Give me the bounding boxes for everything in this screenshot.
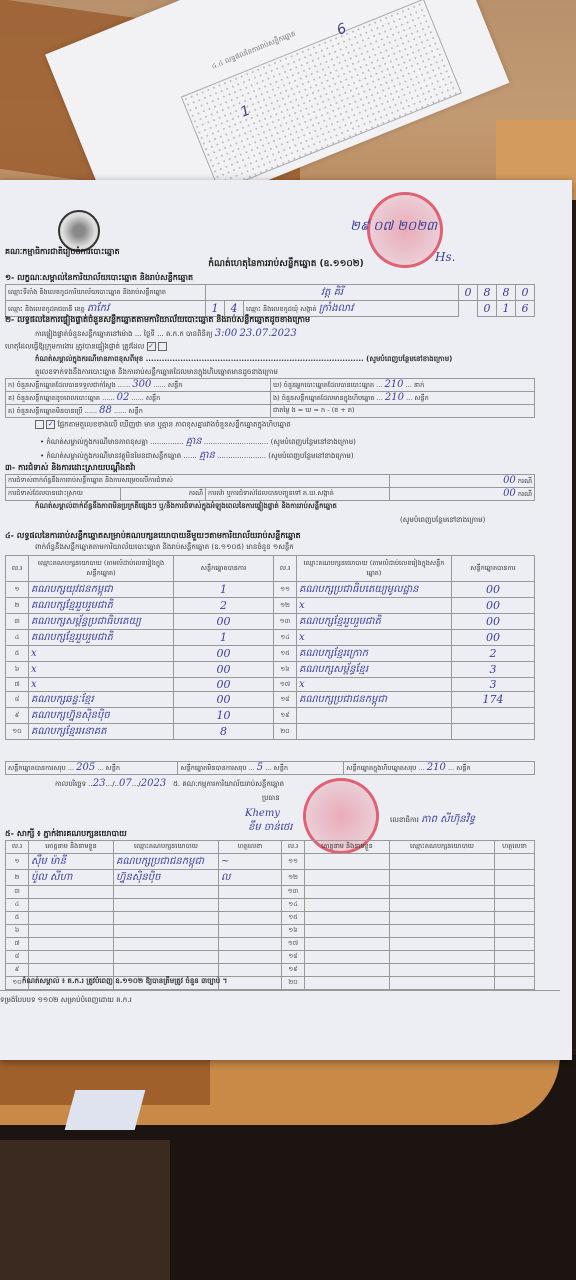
secretary-line: លេខាធិការ ភាព សីហ៊ុនវិទ្ធ [390,812,475,827]
total-invalid-label: សន្លឹកឆ្នោតមិនបានការសរុប [180,764,246,772]
table-row: ៧x00១៧x3 [6,678,535,692]
witness-party [390,977,495,990]
witness-signature: ~ [219,854,282,870]
witness-party [114,899,219,912]
party-votes: 8 [174,724,274,740]
verification-line-2: ហេតុដែលធ្វើឱ្យក្រុមការងារ ត្រូវបានផ្ទៀងផ… [5,342,167,353]
table-row: ១០គណបក្សខ្មែរអនាគត8២០ [6,724,535,740]
witness-name [305,951,390,964]
counts-table: ក) ចំនួនសន្លឹកឆ្នោតដែលបានទទួលជាក់ស្តែង .… [5,378,535,418]
total-valid: សន្លឹកឆ្នោតបានការសរុប ... 205 ... សន្លឹក [6,762,178,775]
commune-code-digit: 6 [516,301,535,317]
witness-name [305,925,390,938]
row-number: ៧ [6,678,29,692]
footer-divider [0,990,560,991]
section4-heading: ៤- លទ្ធផលនៃការរាប់សន្លឹកឆ្នោតសម្រាប់គណបក… [5,530,301,542]
col-no: ល.រ [6,556,29,582]
row-number: ១២ [274,598,297,614]
witness-name [29,938,114,951]
section3-heading: ៣- ការជំទាស់ និងការដោះស្រាយបណ្តឹងតវ៉ា [5,462,135,474]
row-number: ៦ [6,925,29,938]
witness-party [114,912,219,925]
count-unit: សន្លឹក [128,407,142,415]
witness-name [29,951,114,964]
party-votes: 00 [452,582,535,598]
witness-party [390,951,495,964]
col-party: ឈ្មោះគណបក្សនយោបាយ (តាមលំដាប់លេខរៀងក្នុងស… [297,556,452,582]
witness-name [305,977,390,990]
count-row: ង) ចំនួនសន្លឹកឆ្នោតដែលមានក្នុងហិបឆ្នោត .… [271,392,535,405]
witness-signature [495,886,535,899]
witness-name [29,912,114,925]
witness-party [390,870,495,886]
row-number: ១៥ [274,646,297,662]
bullet2-value: គ្មាន [199,450,215,461]
verification-time: 3:00 [215,328,237,339]
incorrect-checkbox[interactable] [158,342,167,351]
party-name: x [29,646,174,662]
table-row: ៤១៤ [6,899,535,912]
count-value: 210 [384,379,403,390]
chair-signature: Khemy [245,808,280,819]
party-name: គណបក្សយុវជនកម្ពុជា [29,582,174,598]
party-votes: 00 [452,598,535,614]
total-invalid-value: 5 [257,762,263,773]
total-box-value: 210 [427,762,446,773]
row-number: ១៥ [282,912,305,925]
row-number: ១៧ [282,938,305,951]
count-label: គ) ចំនួនសន្លឹកឆ្នោតមិនបានប្រើ [8,407,83,415]
row-number: ១ [6,854,29,870]
secretary-label: លេខាធិការ [390,816,419,824]
date-line: កាលបរិច្ឆេទ ..23.../..07.../2023 ៥. គណៈក… [55,778,284,790]
row-number: ២០ [274,724,297,740]
row-number: ៥ [6,646,29,662]
row-number: ១ [6,582,29,598]
row-number: ១៧ [274,678,297,692]
verification-date: 23.07.2023 [239,328,296,339]
bullet1-value: គ្មាន [186,436,202,447]
resolved-label: ការជំទាស់ដែលបានដោះស្រាយ [6,488,121,501]
section1-heading: ១- លក្ខណៈសម្គាល់នៃការិយាល័យបោះឆ្នោត និងរ… [5,272,193,284]
section2-heading: ២- លទ្ធផលនៃការផ្ទៀងផ្ទាត់ចំនួនសន្លឹកឆ្នោ… [5,314,310,326]
witness-party [390,912,495,925]
bullet2-suffix: (សូមបំពេញបន្ថែមនៅខាងក្រោម) [268,452,353,460]
witness-party [390,925,495,938]
col-party: ឈ្មោះគណបក្សនយោបាយ (តាមលំដាប់លេខរៀងក្នុងស… [29,556,174,582]
witness-signature [495,977,535,990]
count-value: 88 [99,405,112,416]
party-votes: 1 [174,582,274,598]
witness-party [114,951,219,964]
province-label-text: ឈ្មោះ និងលេខកូដរាជធានី ខេត្ត [8,305,85,313]
results-table: ល.រ ឈ្មោះគណបក្សនយោបាយ (តាមលំដាប់លេខរៀងក្… [5,555,535,740]
row-number: ១៦ [274,662,297,678]
commune-label: ឈ្មោះ និងលេខកូដឃុំ សង្កាត់ [246,305,317,313]
table-row: ២គណបក្សខ្មែររួបរួមជាតិ2១២x00 [6,598,535,614]
total-valid-label: សន្លឹកឆ្នោតបានការសរុប [8,764,66,772]
objections-table: ការជំទាស់ពាក់ព័ន្ធនឹងការរាប់សន្លឹកឆ្នោត … [5,474,535,501]
difference-note-suffix: (សូមបំពេញបន្ថែមនៅខាងក្រោម) [366,355,452,363]
col-party: ឈ្មោះគណបក្សនយោបាយ [390,841,495,854]
forwarded-unit: ករណី [518,490,532,498]
cloth [65,1090,146,1130]
col-party: ឈ្មោះគណបក្សនយោបាយ [114,841,219,854]
has-difference-checkbox[interactable] [35,420,44,429]
difference-line-text: ផ្អែកតាមតួលេខខាងលើ ឃើញថា មាន ឬគ្មាន ភាពខ… [57,421,290,429]
election-form-sheet: គណៈកម្មាធិការជាតិរៀបចំការបោះឆ្នោត ២៩ ០៧ … [0,180,572,1060]
witness-name [305,912,390,925]
row-number: ១៦ [282,925,305,938]
table-row: ៤គណបក្សខ្មែររួបរួមជាតិ1១៤x00 [6,630,535,646]
row-number: ២ [6,598,29,614]
party-name: x [297,630,452,646]
row-number: ៤ [6,630,29,646]
correct-checkbox[interactable]: ✓ [147,342,156,351]
party-votes: 00 [174,692,274,708]
section5-heading: ៥- សាក្សី ៖ ភ្នាក់ងារគណបក្សនយោបាយ [5,828,127,840]
chair-label: ប្រធាន [262,794,280,804]
col-name: គោត្តនាម និងនាមខ្លួន [305,841,390,854]
row-number: ១០ [6,724,29,740]
witness-signature: ល [219,870,282,886]
witness-signature [219,886,282,899]
party-name: x [297,598,452,614]
count-value: 02 [117,392,130,403]
party-name [297,724,452,740]
witness-name [29,886,114,899]
party-name: x [297,678,452,692]
witness-signature [219,925,282,938]
party-votes: 3 [452,678,535,692]
commune-code-digit: 0 [478,301,497,317]
row-number: ១១ [274,582,297,598]
total-invalid: សន្លឹកឆ្នោតមិនបានការសរុប ... 5 ... សន្លឹ… [178,762,344,775]
date-year: 2023 [141,778,166,789]
col-no: ល.រ [6,841,29,854]
objection-row-value: 00 ករណី [390,475,535,488]
witness-signature [495,925,535,938]
count-label: ខ) ចំនួនសន្លឹកឆ្នោតខូចពេលបោះឆ្នោត [8,394,100,402]
row-number: ៥ [6,912,29,925]
row-number: ១៣ [274,614,297,630]
col-sign: ហត្ថលេខា [495,841,535,854]
total-valid-value: 205 [76,762,95,773]
party-name: គណបក្សខ្មែរអនាគត [29,724,174,740]
location-code-digit: 0 [459,285,478,301]
col-name: គោត្តនាម និងនាមខ្លួន [29,841,114,854]
witness-name [29,964,114,977]
witness-name [305,870,390,886]
witness-signature [495,899,535,912]
objection-row-label: ការជំទាស់ពាក់ព័ន្ធនឹងការរាប់សន្លឹកឆ្នោត … [6,475,390,488]
col-votes: សន្លឹកឆ្នោតបានការ [174,556,274,582]
col-votes: សន្លឹកឆ្នោតបានការ [452,556,535,582]
count-row: ឃ) ចំនួនអ្នកបោះឆ្នោតដែលបានបោះឆ្នោត ... 2… [271,379,535,392]
form-title: កំណត់ហេតុនៃការរាប់សន្លឹកឆ្នោត (ឧ.១១០២) [0,258,572,271]
table-row: ១គណបក្សយុវជនកម្ពុជា1១១គណបក្សប្រជាធិបតេយ្… [6,582,535,598]
witness-name [305,938,390,951]
party-votes: 174 [452,692,535,708]
count-unit: សន្លឹក [414,394,428,402]
forwarded-label: ការតវ៉ា ឬការជំទាស់ដែលបានបញ្ជូនទៅ គ.ឃ.សង្… [206,488,390,501]
row-number: ១៨ [274,692,297,708]
witness-signature [219,964,282,977]
resolved-unit: ករណី [121,488,206,501]
witness-name [29,925,114,938]
count-unit: សន្លឹក [146,394,160,402]
row-number: ៨ [6,692,29,708]
bullet-note-2: • កំណត់សម្គាល់ក្នុងករណីមានវត្ថុមិនមែនជាស… [40,448,354,463]
verification-text: ការផ្ទៀងផ្ទាត់ចំនួនសន្លឹកឆ្នោតនៅម៉ោង ...… [35,330,213,338]
count-value: 300 [132,379,151,390]
section4-intro: ពាក់ព័ន្ធនឹងសន្លឹកឆ្នោតតាមការិយាល័យបោះឆ្… [35,543,294,553]
date-day: 23 [93,778,106,789]
witness-signature [495,912,535,925]
witness-name: ស៊ឹម ម៉ានី [29,854,114,870]
forwarded-count: 00 [503,488,516,499]
witness-name: ប៉ូល សីហា [29,870,114,886]
footer-note: កំណត់សម្គាល់ ៖ គ.ក.រ ត្រូវបំពេញ ឧ.១១០២ ឱ… [22,977,227,987]
party-votes [452,708,535,724]
row-number: ៩ [6,964,29,977]
table-row: ៥x00១៥គណបក្សខ្មែរក្រោក2 [6,646,535,662]
witness-table: ល.រ គោត្តនាម និងនាមខ្លួន ឈ្មោះគណបក្សនយោប… [5,840,535,990]
table-surface [0,1140,170,1280]
witness-name [305,854,390,870]
witness-name [305,886,390,899]
objection-unit: ករណី [518,477,532,485]
party-votes: 00 [452,614,535,630]
count-unit: នាក់ [414,381,424,389]
party-votes: 1 [174,630,274,646]
table-row: ៧១៧ [6,938,535,951]
counts-intro: តួលេខទាក់ទងនឹងការបោះឆ្នោត និងការរាប់សន្ល… [35,368,278,378]
row-number: ១៩ [274,708,297,724]
chair-name: ខឹម ចាន់ថេរ [248,820,292,835]
table-row: ៨១៨ [6,951,535,964]
table-row: ៣គណបក្សសម្ព័ន្ធប្រជាធិបតេយ្យ00១៣គណបក្សខ្… [6,614,535,630]
party-votes: 00 [174,662,274,678]
count-label: ឃ) ចំនួនអ្នកបោះឆ្នោតដែលបានបោះឆ្នោត [273,381,374,389]
difference-note: កំណត់សម្គាល់ក្នុងករណីមានភាពខុសពីមុខ ....… [35,355,452,365]
difference-note-label: កំណត់សម្គាល់ក្នុងករណីមានភាពខុសពីមុខ [35,355,143,363]
col-no: ល.រ [282,841,305,854]
witness-party [114,938,219,951]
witness-party [390,886,495,899]
party-votes: 2 [452,646,535,662]
forwarded-value: 00 ករណី [390,488,535,501]
location-code-digit: 8 [478,285,497,301]
totals-table: សន្លឹកឆ្នោតបានការសរុប ... 205 ... សន្លឹក… [5,761,535,775]
row-number: ១៩ [282,964,305,977]
row-number: ១១ [282,854,305,870]
bullet1-suffix: (សូមបំពេញបន្ថែមនៅខាងក្រោម) [271,438,356,446]
witness-signature [495,938,535,951]
verification-line: ការផ្ទៀងផ្ទាត់ចំនួនសន្លឹកឆ្នោតនៅម៉ោង ...… [35,328,297,340]
table-row: ៨គណបក្សឆន្ទៈខ្មែរ00១៨គណបក្សប្រជាជនកម្ពុជ… [6,692,535,708]
row-number: ១៣ [282,886,305,899]
party-votes: 00 [452,630,535,646]
total-invalid-unit: សន្លឹក [274,764,288,772]
party-name: x [29,678,174,692]
organization-name: គណៈកម្មាធិការជាតិរៀបចំការបោះឆ្នោត [5,246,120,258]
party-votes: 00 [174,614,274,630]
committee-label: ៥. គណៈកម្មការការិយាល័យរាប់សន្លឹកឆ្នោត [173,780,284,788]
formula: ជាតម្លៃ ង = ឃ = ក - (ខ + គ) [271,405,535,418]
province-value: តាកែវ [87,303,109,314]
total-box-unit: សន្លឹក [456,764,470,772]
witness-party: គណបក្សប្រជាជនកម្ពុជា [114,854,219,870]
stamp-date-handwriting: ២៩ ០៧ ២០២៣ [350,218,437,237]
witness-party [390,938,495,951]
col-sign: ហត្ថលេខា [219,841,282,854]
party-name: គណបក្សឆន្ទៈខ្មែរ [29,692,174,708]
witness-signature [219,912,282,925]
bullet2-label: កំណត់សម្គាល់ក្នុងករណីមានវត្ថុមិនមែនជាសន្… [46,452,181,460]
col-no: ល.រ [274,556,297,582]
witness-party [390,964,495,977]
total-box: សន្លឹកឆ្នោតក្នុងហិបឆ្នោតសរុប ... 210 ...… [344,762,535,775]
party-name: គណបក្សហ្វ៊ុនស៊ិនប៉ិច [29,708,174,724]
table-row: ៩គណបក្សហ្វ៊ុនស៊ិនប៉ិច10១៩ [6,708,535,724]
witness-party [114,964,219,977]
party-votes: 00 [174,646,274,662]
witness-signature [495,964,535,977]
witness-party: ហ្វ៊ុនស៊ិនប៉ិច [114,870,219,886]
party-votes: 3 [452,662,535,678]
witness-signature [495,854,535,870]
table-row: ៦x00១៦គណបក្សសម្ព័ន្ធខ្មែរ3 [6,662,535,678]
date-label: កាលបរិច្ឆេទ [55,780,86,788]
table-row: ៥១៥ [6,912,535,925]
row-number: ១៤ [274,630,297,646]
count-row: ខ) ចំនួនសន្លឹកឆ្នោតខូចពេលបោះឆ្នោត ......… [6,392,271,405]
row-number: ១២ [282,870,305,886]
party-votes: 10 [174,708,274,724]
party-votes: 2 [174,598,274,614]
witness-signature [495,951,535,964]
row-number: ៦ [6,662,29,678]
location-value: វត្ត គិរី [206,285,459,301]
party-name: គណបក្សខ្មែររួបរួមជាតិ [29,598,174,614]
footer-form-label: ទម្រង់បែបបទ ១១០២ សម្រាប់បំពេញដោយ គ.ក.រ [0,996,132,1006]
row-number: ៩ [6,708,29,724]
bullet1-label: កំណត់សម្គាល់ក្នុងករណីមានភាពខុសគ្នា [46,438,148,446]
difference-line: ✓ ផ្អែកតាមតួលេខខាងលើ ឃើញថា មាន ឬគ្មាន ភា… [35,420,291,431]
no-difference-checkbox[interactable]: ✓ [46,420,55,429]
witness-signature [219,938,282,951]
party-name: គណបក្សខ្មែរក្រោក [297,646,452,662]
witness-name [29,899,114,912]
row-number: ៤ [6,899,29,912]
witness-party [114,925,219,938]
count-row: គ) ចំនួនសន្លឹកឆ្នោតមិនបានប្រើ ...... 88 … [6,405,271,418]
secretary-name: ភាព សីហ៊ុនវិទ្ធ [421,814,475,825]
verification-text-2: ហេតុដែលធ្វើឱ្យក្រុមការងារ ត្រូវបានផ្ទៀងផ… [5,343,144,351]
table-row: ៣១៣ [6,886,535,899]
table-row: ៩១៩ [6,964,535,977]
table-row: ២ប៉ូល សីហាហ្វ៊ុនស៊ិនប៉ិចល១២ [6,870,535,886]
party-name: គណបក្សប្រជាជនកម្ពុជា [297,692,452,708]
party-name: គណបក្សសម្ព័ន្ធប្រជាធិបតេយ្យ [29,614,174,630]
count-row: ក) ចំនួនសន្លឹកឆ្នោតដែលបានទទួលជាក់ស្តែង .… [6,379,271,392]
count-label: ក) ចំនួនសន្លឹកឆ្នោតដែលបានទទួលជាក់ស្តែង [8,381,116,389]
witness-signature [219,899,282,912]
witness-name [305,964,390,977]
location-table: ឈ្មោះទីតាំង និងលេខកូដការិយាល័យបោះឆ្នោត ន… [5,284,535,317]
party-votes [452,724,535,740]
witness-signature [495,870,535,886]
location-code-digit: 0 [516,285,535,301]
row-number: ៨ [6,951,29,964]
witness-name [305,899,390,912]
witness-party [390,899,495,912]
bullet-note-1: • កំណត់សម្គាល់ក្នុងករណីមានភាពខុសគ្នា ...… [40,434,356,449]
count-label: ង) ចំនួនសន្លឹកឆ្នោតដែលមានក្នុងហិបឆ្នោត [273,394,375,402]
total-valid-unit: សន្លឹក [106,764,120,772]
row-number: ៣ [6,614,29,630]
irregularity-note: កំណត់សម្គាល់ពាក់ព័ន្ធនឹងភាពមិនប្រក្រតីផ្… [35,502,337,512]
row-number: ៧ [6,938,29,951]
row-number: ៣ [6,886,29,899]
party-name: គណបក្សខ្មែររួបរួមជាតិ [29,630,174,646]
commune-value: ក្រាំងលាវ [319,303,354,314]
total-box-label: សន្លឹកឆ្នោតក្នុងហិបឆ្នោតសរុប [346,764,416,772]
location-label: ឈ្មោះទីតាំង និងលេខកូដការិយាល័យបោះឆ្នោត ន… [6,285,206,301]
table-row: ១ស៊ឹម ម៉ានីគណបក្សប្រជាជនកម្ពុជា~១១ [6,854,535,870]
party-name: គណបក្សប្រជាធិបតេយ្យមូលដ្ឋាន [297,582,452,598]
irregularity-note-suffix: (សូមបំពេញបន្ថែមនៅខាងក្រោម) [400,516,485,526]
count-unit: សន្លឹក [168,381,182,389]
party-name: x [29,662,174,678]
table-row: ៦១៦ [6,925,535,938]
row-number: ១៨ [282,951,305,964]
commune-code-digit: 1 [497,301,516,317]
party-name [297,708,452,724]
party-votes: 00 [174,678,274,692]
row-number: ២០ [282,977,305,990]
witness-party [390,854,495,870]
count-value: 210 [385,392,404,403]
row-number: ២ [6,870,29,886]
date-month: 07 [119,778,132,789]
witness-signature [219,951,282,964]
location-code-digit: 8 [497,285,516,301]
party-name: គណបក្សសម្ព័ន្ធខ្មែរ [297,662,452,678]
row-number: ១៤ [282,899,305,912]
witness-signature [219,977,282,990]
objection-count: 00 [503,475,516,486]
party-name: គណបក្សខ្មែររួបរួមជាតិ [297,614,452,630]
witness-party [114,886,219,899]
